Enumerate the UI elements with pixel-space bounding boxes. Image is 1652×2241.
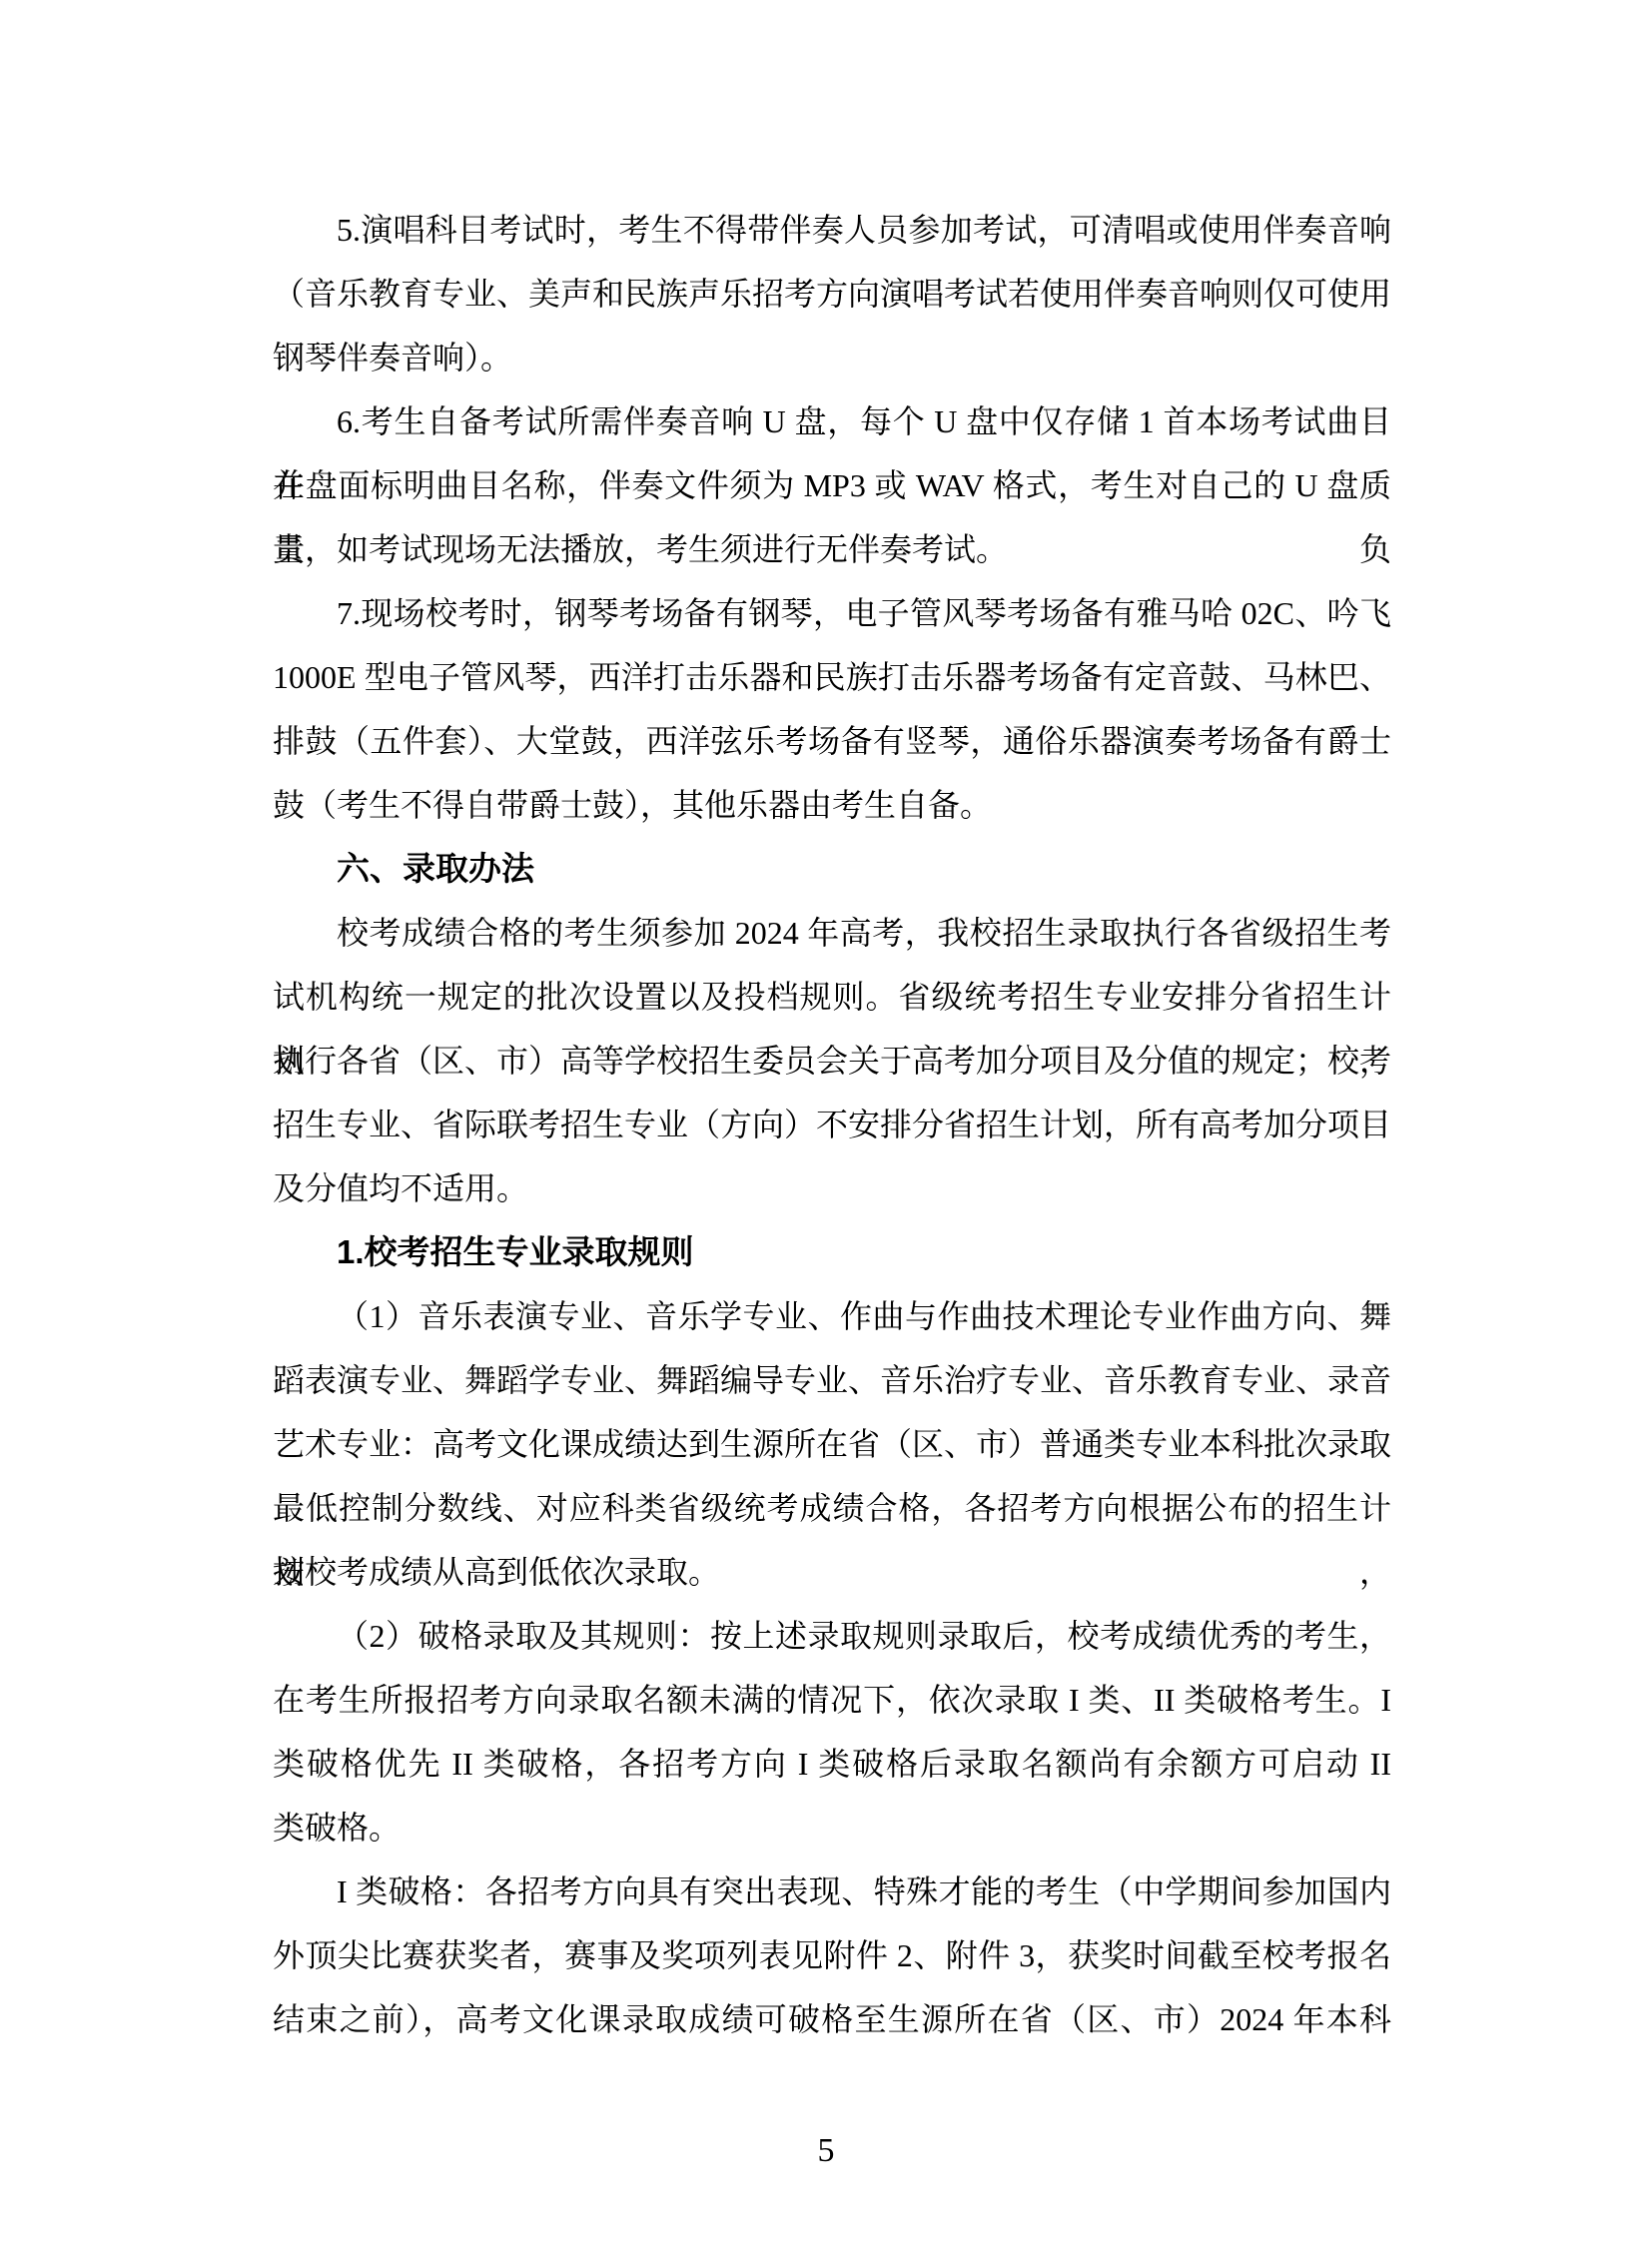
text-line: 结束之前），高考文化课录取成绩可破格至生源所在省（区、市）2024 年本科 [273, 1987, 1391, 2051]
text-line: 类破格优先 II 类破格，各招考方向 I 类破格后录取名额尚有余额方可启动 II [273, 1732, 1391, 1796]
text-line: 在考生所报招考方向录取名额未满的情况下，依次录取 I 类、II 类破格考生。I [273, 1668, 1391, 1732]
text-line: 类破格。 [273, 1796, 1391, 1860]
text-line: 1.校考招生专业录取规则 [273, 1220, 1391, 1284]
text-line: 及分值均不适用。 [273, 1156, 1391, 1220]
text-line: 艺术专业：高考文化课成绩达到生源所在省（区、市）普通类专业本科批次录取 [273, 1412, 1391, 1476]
page-number: 5 [818, 2132, 835, 2169]
text-line: 鼓（考生不得自带爵士鼓），其他乐器由考生自备。 [273, 773, 1391, 837]
text-line: 招生专业、省际联考招生专业（方向）不安排分省招生计划，所有高考加分项目 [273, 1093, 1391, 1156]
text-line: 排鼓（五件套）、大堂鼓，西洋弦乐考场备有竖琴，通俗乐器演奏考场备有爵士 [273, 709, 1391, 773]
paragraph: 6.考生自备考试所需伴奏音响 U 盘，每个 U 盘中仅存储 1 首本场考试曲目并… [273, 389, 1391, 581]
text-line: I 类破格：各招考方向具有突出表现、特殊才能的考生（中学期间参加国内 [273, 1860, 1391, 1923]
text-line: 6.考生自备考试所需伴奏音响 U 盘，每个 U 盘中仅存储 1 首本场考试曲目并 [273, 389, 1391, 453]
page-footer: 5 [0, 2119, 1652, 2183]
text-line: 5.演唱科目考试时，考生不得带伴奏人员参加考试，可清唱或使用伴奏音响 [273, 198, 1391, 262]
text-line: 在盘面标明曲目名称，伴奏文件须为 MP3 或 WAV 格式，考生对自己的 U 盘… [273, 453, 1391, 517]
text-line: 外顶尖比赛获奖者，赛事及奖项列表见附件 2、附件 3，获奖时间截至校考报名 [273, 1923, 1391, 1987]
paragraph: I 类破格：各招考方向具有突出表现、特殊才能的考生（中学期间参加国内外顶尖比赛获… [273, 1860, 1391, 2051]
paragraph: 5.演唱科目考试时，考生不得带伴奏人员参加考试，可清唱或使用伴奏音响（音乐教育专… [273, 198, 1391, 389]
paragraph: 7.现场校考时，钢琴考场备有钢琴，电子管风琴考场备有雅马哈 02C、吟飞1000… [273, 581, 1391, 837]
subsection-heading: 1.校考招生专业录取规则 [273, 1220, 1391, 1284]
text-line: （音乐教育专业、美声和民族声乐招考方向演唱考试若使用伴奏音响则仅可使用 [273, 262, 1391, 326]
text-line: 执行各省（区、市）高等学校招生委员会关于高考加分项目及分值的规定；校考 [273, 1029, 1391, 1093]
text-line: 六、录取办法 [273, 837, 1391, 901]
paragraph: （1）音乐表演专业、音乐学专业、作曲与作曲技术理论专业作曲方向、舞蹈表演专业、舞… [273, 1284, 1391, 1604]
paragraph: 校考成绩合格的考生须参加 2024 年高考，我校招生录取执行各省级招生考试机构统… [273, 901, 1391, 1220]
text-line: 试机构统一规定的批次设置以及投档规则。省级统考招生专业安排分省招生计划， [273, 965, 1391, 1029]
text-line: 蹈表演专业、舞蹈学专业、舞蹈编导专业、音乐治疗专业、音乐教育专业、录音 [273, 1348, 1391, 1412]
document-page: 5.演唱科目考试时，考生不得带伴奏人员参加考试，可清唱或使用伴奏音响（音乐教育专… [0, 0, 1652, 2241]
text-line: 校考成绩合格的考生须参加 2024 年高考，我校招生录取执行各省级招生考 [273, 901, 1391, 965]
text-line: （1）音乐表演专业、音乐学专业、作曲与作曲技术理论专业作曲方向、舞 [273, 1284, 1391, 1348]
section-heading: 六、录取办法 [273, 837, 1391, 901]
text-line: 最低控制分数线、对应科类省级统考成绩合格，各招考方向根据公布的招生计划， [273, 1476, 1391, 1540]
document-body: 5.演唱科目考试时，考生不得带伴奏人员参加考试，可清唱或使用伴奏音响（音乐教育专… [273, 198, 1391, 2051]
text-line: 钢琴伴奏音响）。 [273, 326, 1391, 389]
paragraph: （2）破格录取及其规则：按上述录取规则录取后，校考成绩优秀的考生，在考生所报招考… [273, 1604, 1391, 1860]
text-line: 1000E 型电子管风琴，西洋打击乐器和民族打击乐器考场备有定音鼓、马林巴、 [273, 645, 1391, 709]
text-line: 7.现场校考时，钢琴考场备有钢琴，电子管风琴考场备有雅马哈 02C、吟飞 [273, 581, 1391, 645]
text-line: （2）破格录取及其规则：按上述录取规则录取后，校考成绩优秀的考生， [273, 1604, 1391, 1668]
